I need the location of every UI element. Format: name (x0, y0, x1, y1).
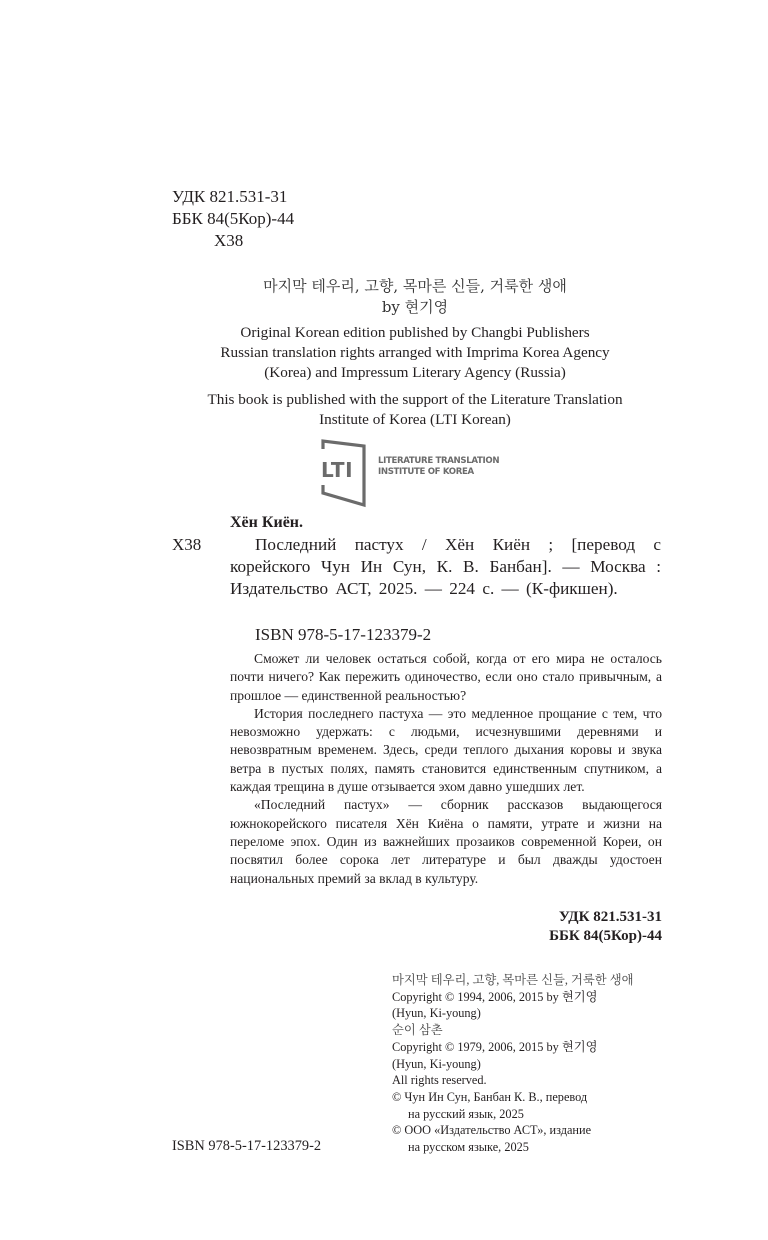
classification-codes: УДК 821.531-31 ББК 84(5Кор)-44 Х38 (172, 186, 294, 252)
isbn-bottom: ISBN 978-5-17-123379-2 (172, 1137, 321, 1155)
isbn-main: ISBN 978-5-17-123379-2 (255, 624, 431, 646)
udk-code-bottom: УДК 821.531-31 (505, 908, 662, 927)
author-mark: Х38 (172, 230, 294, 252)
work2-author: (Hyun, Ki-young) (392, 1056, 634, 1073)
udk-code: УДК 821.531-31 (172, 186, 294, 208)
work2-copyright: Copyright © 1979, 2006, 2015 by 현기영 (392, 1039, 634, 1056)
work1-title: 마지막 테우리, 고향, 목마른 신들, 거룩한 생애 (392, 972, 634, 989)
lti-logo: LTI LITERATURE TRANSLATION INSTITUTE OF … (320, 439, 520, 509)
support-notice: This book is published with the support … (160, 390, 670, 430)
korean-title: 마지막 테우리, 고향, 목마른 신들, 거룩한 생애 (160, 276, 670, 297)
lti-logo-icon: LTI (320, 439, 372, 509)
work1-copyright: Copyright © 1994, 2006, 2015 by 현기영 (392, 989, 634, 1006)
original-title-block: 마지막 테우리, 고향, 목마른 신들, 거룩한 생애 by 현기영 (160, 276, 670, 318)
classification-codes-bottom: УДК 821.531-31 ББК 84(5Кор)-44 (505, 908, 662, 946)
rights-notice: Original Korean edition published by Cha… (160, 323, 670, 383)
author-heading: Хён Киён. (230, 512, 303, 534)
annotation: Сможет ли человек остаться собой, когда … (230, 650, 662, 888)
lti-logo-line-2: INSTITUTE OF KOREA (378, 467, 499, 478)
edition-copyright-cont: на русском языке, 2025 (392, 1139, 634, 1156)
bibliographic-description: Последний пастух / Хён Киён ; [перевод с… (230, 534, 661, 600)
svg-text:LTI: LTI (321, 458, 353, 482)
lti-logo-text: LITERATURE TRANSLATION INSTITUTE OF KORE… (378, 456, 499, 478)
rights-line-2: Russian translation rights arranged with… (160, 343, 670, 363)
annotation-paragraph: «Последний пастух» — сборник рассказов в… (230, 796, 662, 887)
lti-logo-line-1: LITERATURE TRANSLATION (378, 456, 499, 467)
korean-by-line: by 현기영 (160, 297, 670, 318)
support-line-2: Institute of Korea (LTI Korean) (160, 410, 670, 430)
work2-title: 순이 삼촌 (392, 1022, 634, 1039)
rights-line-3: (Korea) and Impressum Literary Agency (R… (160, 363, 670, 383)
copyright-block: 마지막 테우리, 고향, 목마른 신들, 거룩한 생애 Copyright © … (392, 972, 634, 1156)
work1-author: (Hyun, Ki-young) (392, 1005, 634, 1022)
support-line-1: This book is published with the support … (160, 390, 670, 410)
translation-copyright-cont: на русский язык, 2025 (392, 1106, 634, 1123)
annotation-paragraph: История последнего пастуха — это медленн… (230, 705, 662, 796)
translation-copyright: © Чун Ин Сун, Банбан К. В., перевод (392, 1089, 634, 1106)
author-mark-side: Х38 (172, 534, 201, 556)
annotation-paragraph: Сможет ли человек остаться собой, когда … (230, 650, 662, 705)
bbk-code: ББК 84(5Кор)-44 (172, 208, 294, 230)
edition-copyright: © ООО «Издательство АСТ», издание (392, 1122, 634, 1139)
all-rights-reserved: All rights reserved. (392, 1072, 634, 1089)
rights-line-1: Original Korean edition published by Cha… (160, 323, 670, 343)
bbk-code-bottom: ББК 84(5Кор)-44 (505, 927, 662, 946)
